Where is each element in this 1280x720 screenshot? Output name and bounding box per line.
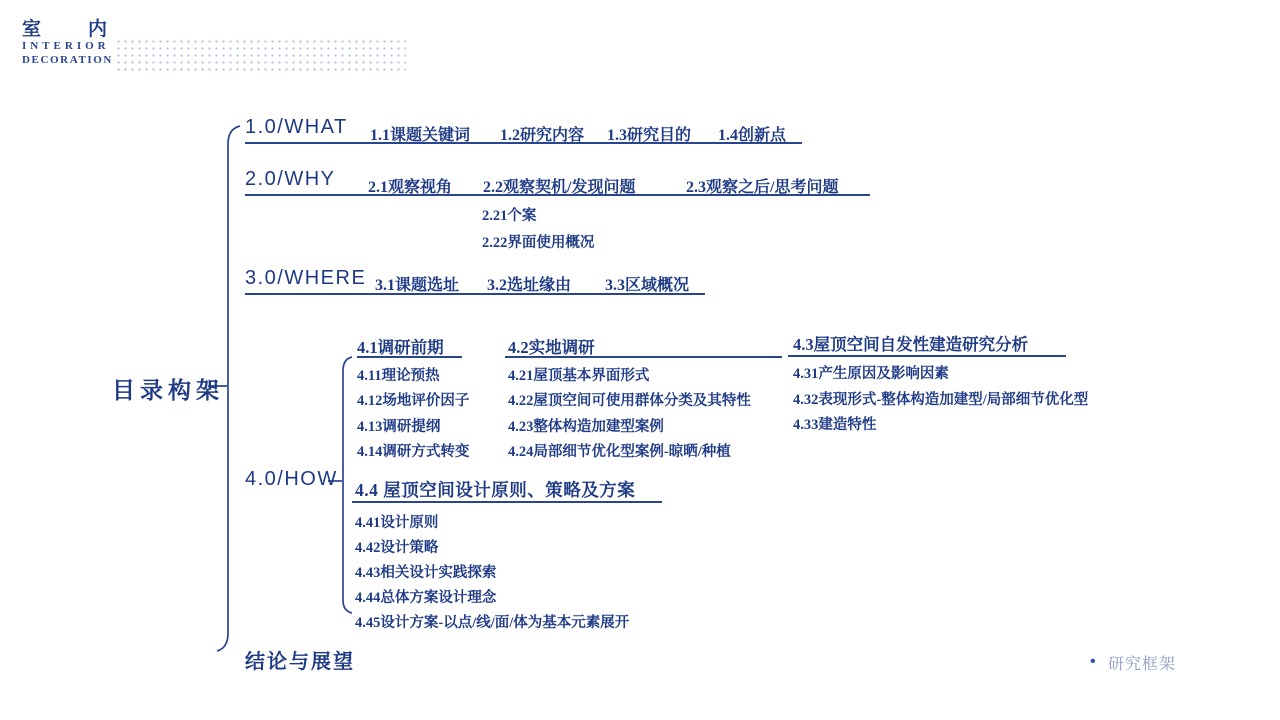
section-label-what: 1.0/WHAT <box>245 116 348 139</box>
logo-line-interior: INTERIOR <box>22 40 110 52</box>
section-label-where: 3.0/WHERE <box>245 267 366 290</box>
toc-subitem-2-2-2: 2.22界面使用概况 <box>482 231 594 252</box>
toc-item-4-2-1: 4.21屋顶基本界面形式 <box>508 364 649 385</box>
section-label-how: 4.0/HOW <box>245 468 338 491</box>
dot-pattern-band <box>115 38 406 72</box>
logo-title-cn: 室内 <box>22 14 154 41</box>
conclusion-label: 结论与展望 <box>245 645 355 674</box>
section-label-why: 2.0/WHY <box>245 168 336 191</box>
col-header-4-1: 4.1调研前期 <box>357 334 444 358</box>
toc-item-4-2-4: 4.24局部细节优化型案例-晾晒/种植 <box>508 440 731 461</box>
toc-item-4-2-2: 4.22屋顶空间可使用群体分类及其特性 <box>508 389 751 410</box>
toc-item-4-3-3: 4.33建造特性 <box>793 413 876 434</box>
toc-item-3-3: 3.3区域概况 <box>605 272 689 295</box>
toc-item-4-4-5: 4.45设计方案-以点/线/面/体为基本元素展开 <box>355 611 629 632</box>
footer-bullet-icon: • <box>1090 653 1096 671</box>
subsection-header-4-4: 4.4 屋顶空间设计原则、策略及方案 <box>355 477 635 502</box>
toc-item-4-4-3: 4.43相关设计实践探索 <box>355 561 496 582</box>
underline-row-3 <box>245 293 705 295</box>
toc-item-4-3-2: 4.32表现形式-整体构造加建型/局部细节优化型 <box>793 388 1088 409</box>
toc-item-4-2-3: 4.23整体构造加建型案例 <box>508 415 664 436</box>
logo-line-decoration: DECORATION <box>22 54 113 66</box>
toc-side-title: 目录构架 <box>112 372 224 405</box>
toc-item-3-1: 3.1课题选址 <box>375 272 459 295</box>
underline-4-4 <box>352 501 662 503</box>
toc-item-4-4-2: 4.42设计策略 <box>355 536 438 557</box>
underline-col-4-2 <box>505 356 782 358</box>
toc-item-4-4-4: 4.44总体方案设计理念 <box>355 586 496 607</box>
toc-item-4-1-4: 4.14调研方式转变 <box>357 440 469 461</box>
bracket-lines <box>0 0 1280 720</box>
toc-item-4-1-3: 4.13调研提纲 <box>357 415 440 436</box>
toc-item-3-2: 3.2选址缘由 <box>487 272 571 295</box>
underline-row-2 <box>245 194 870 196</box>
underline-col-4-3 <box>788 355 1066 357</box>
underline-col-4-1 <box>357 356 462 358</box>
slide-canvas: 室内 INTERIOR DECORATION 目录构架 1.0/WHAT 1.1… <box>0 0 1280 720</box>
underline-row-1 <box>245 142 802 144</box>
col-header-4-2: 4.2实地调研 <box>508 334 595 358</box>
toc-subitem-2-2-1: 2.21个案 <box>482 204 536 225</box>
toc-item-4-1-2: 4.12场地评价因子 <box>357 389 469 410</box>
footer-page-label: 研究框架 <box>1108 651 1176 674</box>
toc-item-4-1-1: 4.11理论预热 <box>357 364 440 385</box>
toc-item-4-3-1: 4.31产生原因及影响因素 <box>793 362 949 383</box>
col-header-4-3: 4.3屋顶空间自发性建造研究分析 <box>793 331 1028 355</box>
toc-item-4-4-1: 4.41设计原则 <box>355 511 438 532</box>
